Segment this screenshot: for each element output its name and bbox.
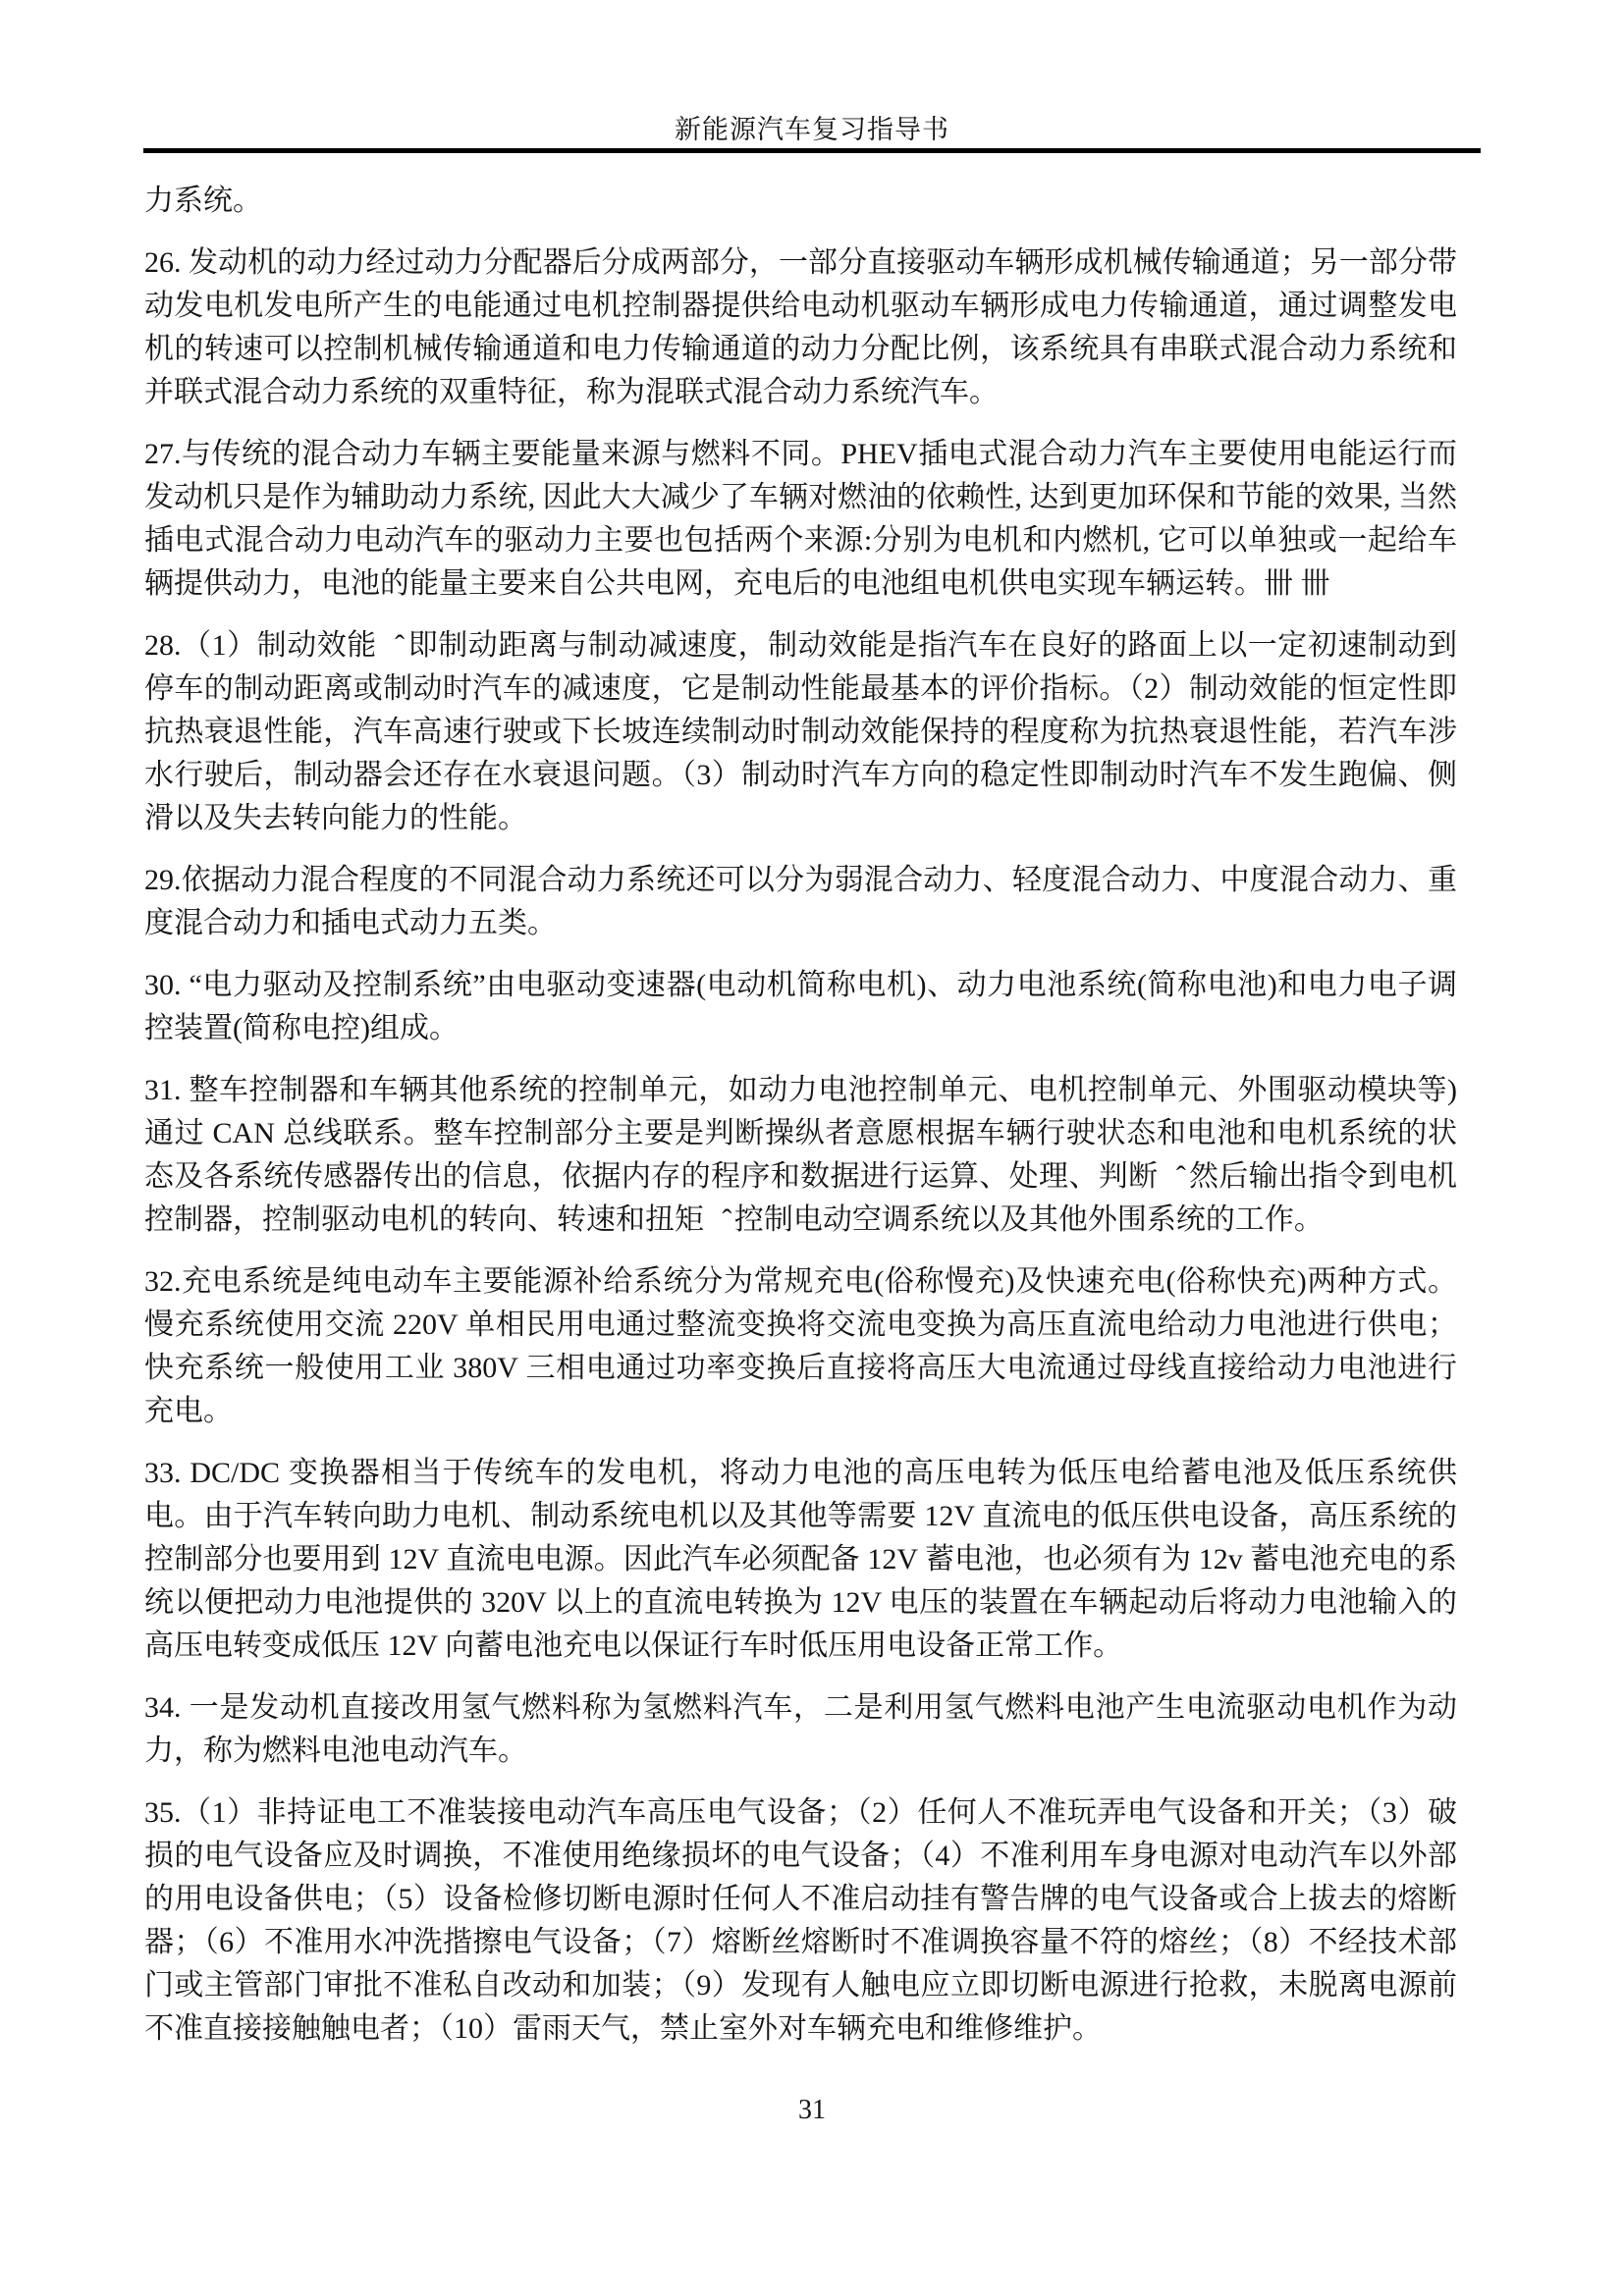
document-page: 新能源汽车复习指导书 力系统。 26. 发动机的动力经过动力分配器后分成两部分，…	[0, 0, 1624, 2296]
page-header: 新能源汽车复习指导书	[0, 108, 1624, 146]
paragraph-33: 33. DC/DC 变换器相当于传统车的发电机，将动力电池的高压电转为低压电给蓄…	[144, 1452, 1457, 1668]
paragraph-27: 27.与传统的混合动力车辆主要能量来源与燃料不同。PHEV插电式混合动力汽车主要…	[144, 433, 1457, 606]
paragraph-29: 29.依据动力混合程度的不同混合动力系统还可以分为弱混合动力、轻度混合动力、中度…	[144, 859, 1457, 945]
paragraph-35: 35.（1）非持证电工不准装接电动汽车高压电气设备；（2）任何人不准玩弄电气设备…	[144, 1791, 1457, 2051]
paragraph-34: 34. 一是发动机直接改用氢气燃料称为氢燃料汽车，二是利用氢气燃料电池产生电流驱…	[144, 1686, 1457, 1773]
header-rule	[143, 148, 1481, 153]
page-footer: 31	[0, 2095, 1624, 2126]
paragraph-28: 28.（1）制动效能卌̂ 即制动距离与制动减速度，制动效能是指汽车在良好的路面上…	[144, 624, 1457, 840]
paragraph-continuation: 力系统。	[144, 180, 1457, 223]
paragraph-32: 32.充电系统是纯电动车主要能源补给系统分为常规充电(俗称慢充)及快速充电(俗称…	[144, 1260, 1457, 1433]
paragraph-31: 31. 整车控制器和车辆其他系统的控制单元，如动力电池控制单元、电机控制单元、外…	[144, 1069, 1457, 1242]
paragraph-26: 26. 发动机的动力经过动力分配器后分成两部分，一部分直接驱动车辆形成机械传输通…	[144, 241, 1457, 414]
page-number: 31	[798, 2095, 826, 2125]
page-body: 力系统。 26. 发动机的动力经过动力分配器后分成两部分，一部分直接驱动车辆形成…	[144, 180, 1457, 2069]
header-title: 新能源汽车复习指导书	[675, 115, 949, 144]
paragraph-30: 30. “电力驱动及控制系统”由电驱动变速器(电动机简称电机)、动力电池系统(简…	[144, 964, 1457, 1050]
